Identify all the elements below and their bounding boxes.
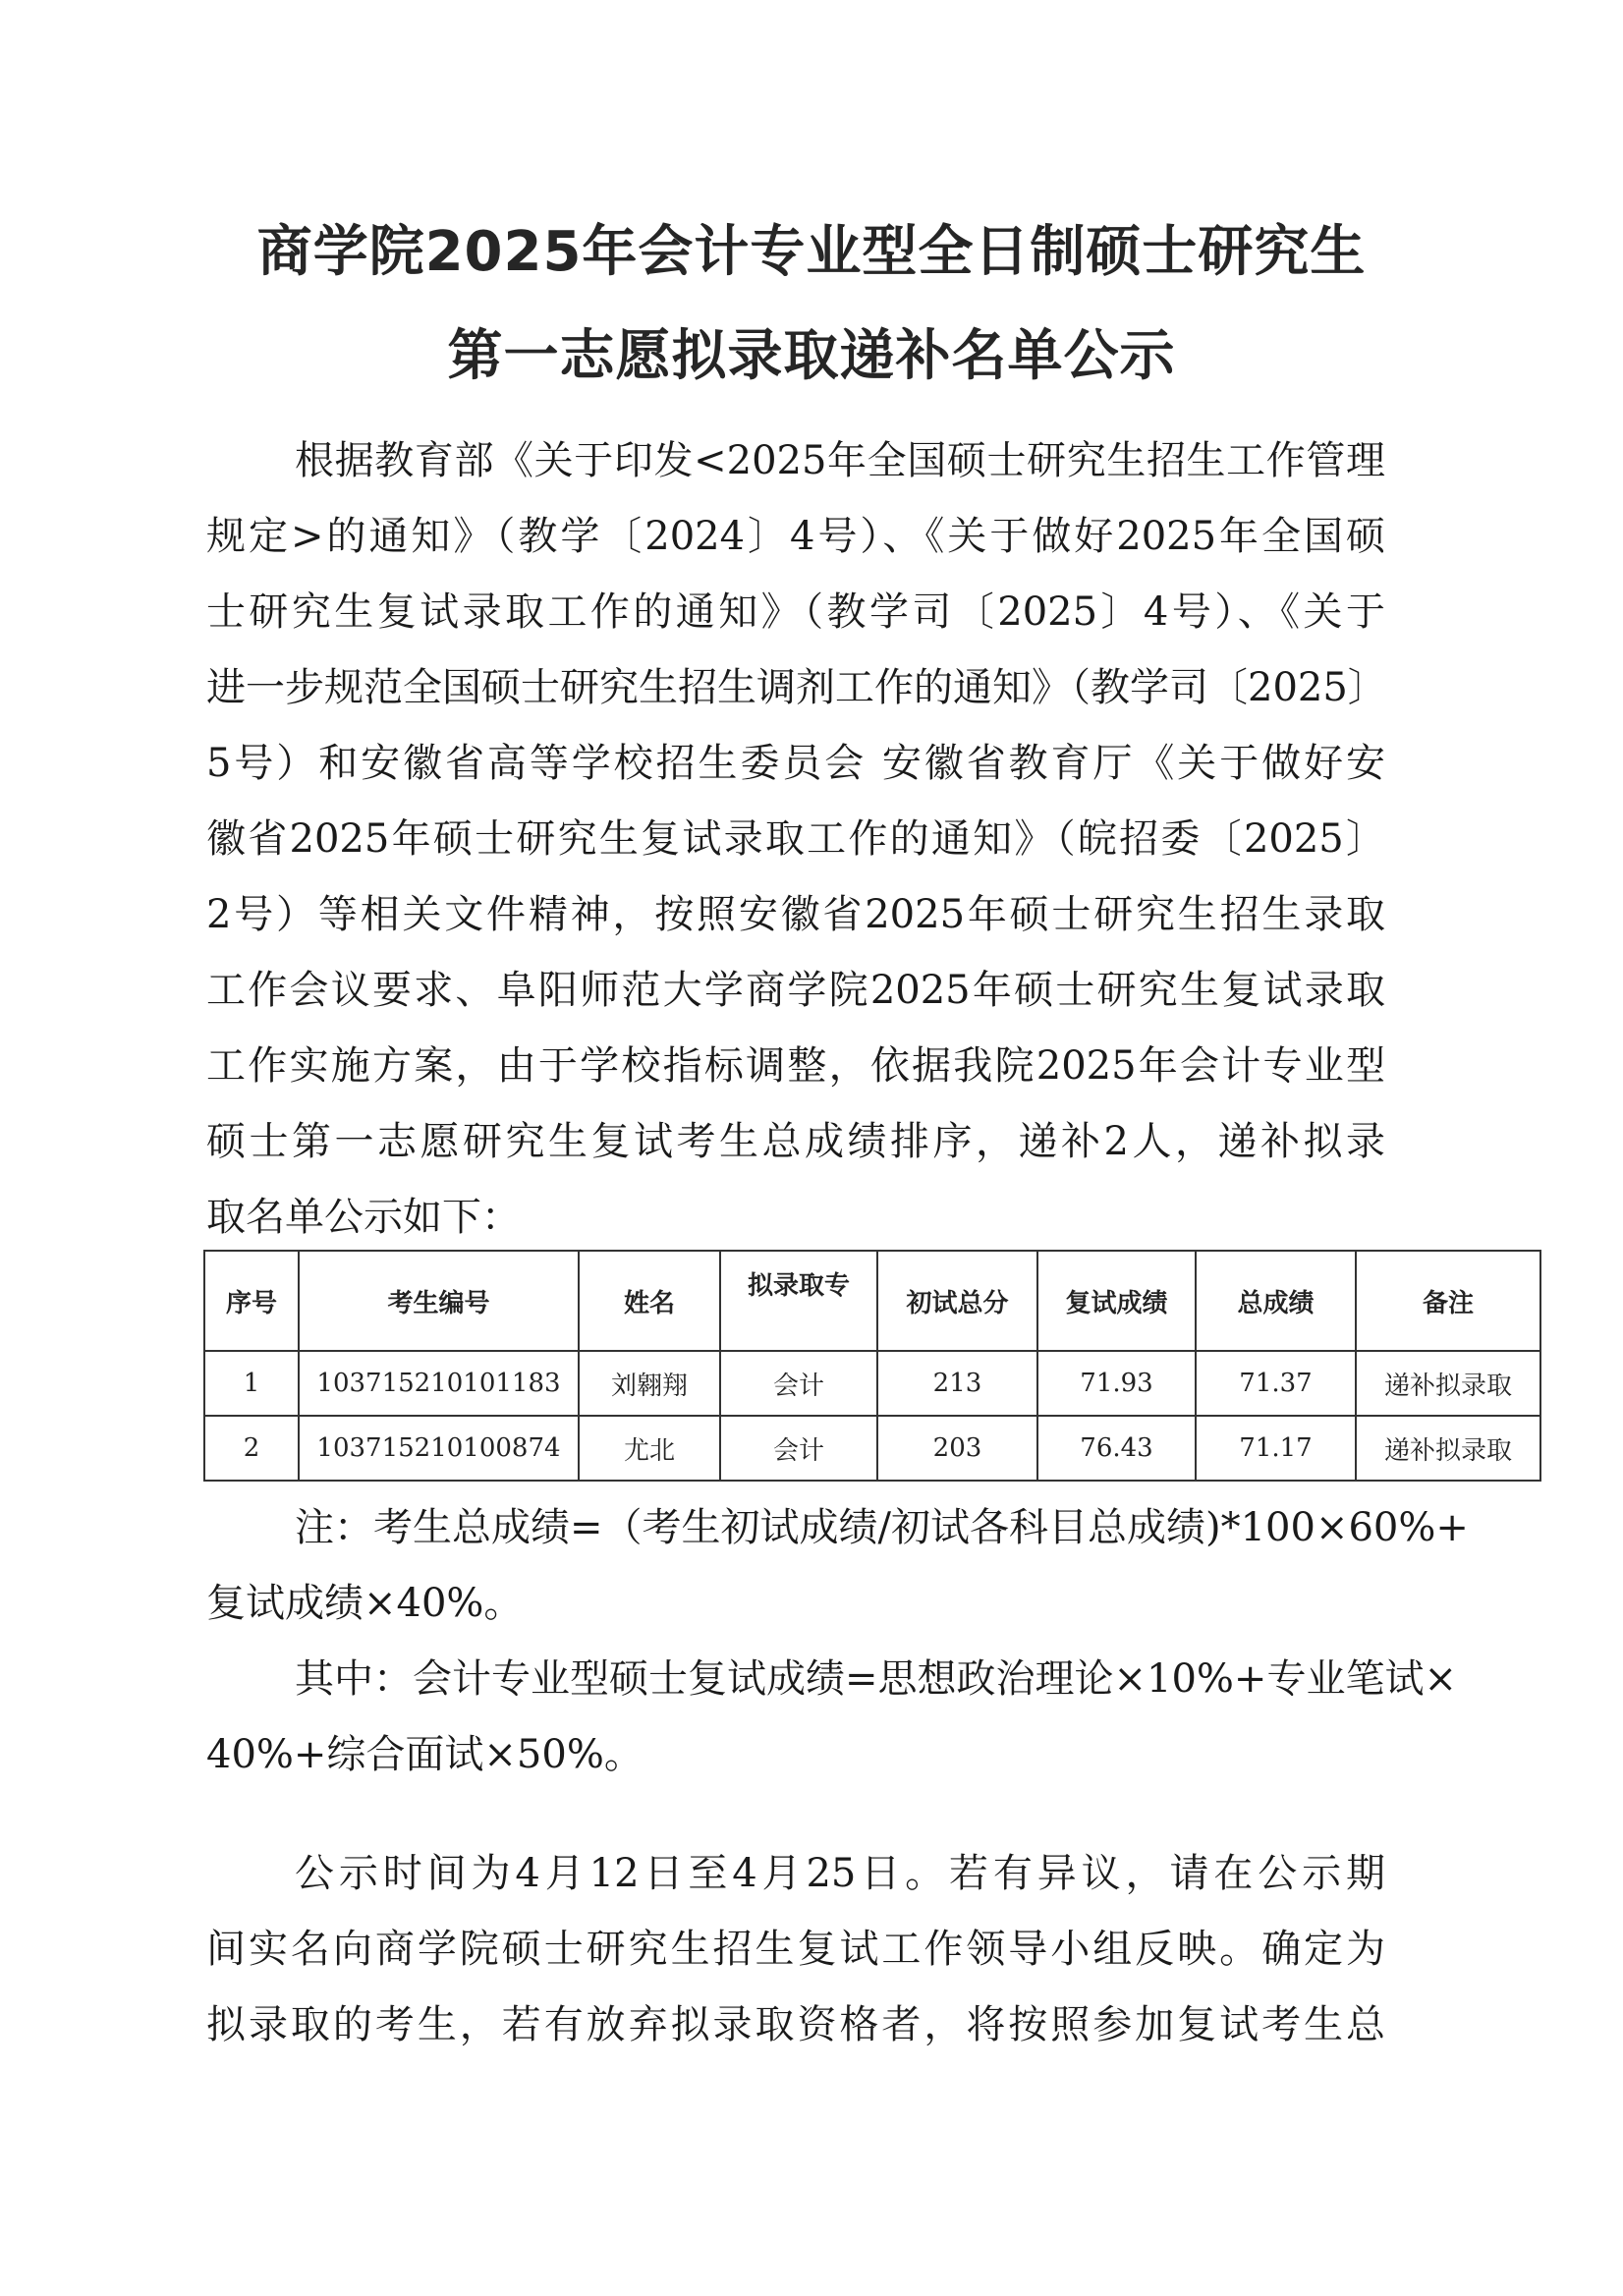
cell-remarks: 递补拟录取 bbox=[1356, 1351, 1540, 1416]
cell-total-score: 71.37 bbox=[1196, 1351, 1356, 1416]
column-header-remarks: 备注 bbox=[1356, 1251, 1540, 1351]
cell-retest-score: 76.43 bbox=[1037, 1416, 1196, 1481]
column-header-prelim-score: 初试总分 bbox=[877, 1251, 1037, 1351]
intro-line: 取名单公示如下： bbox=[206, 1193, 1385, 1242]
table-row: 2 103715210100874 尤北 会计 203 76.43 71.17 … bbox=[204, 1416, 1540, 1481]
notice-line: 公示时间为4月12日至4月25日。若有异议，请在公示期 bbox=[295, 1849, 1385, 1898]
column-header-major: 拟录取专 bbox=[720, 1251, 877, 1351]
column-header-total-score: 总成绩 bbox=[1196, 1251, 1356, 1351]
intro-line: 工作实施方案，由于学校指标调整，依据我院2025年会计专业型 bbox=[206, 1041, 1385, 1091]
cell-name: 刘翱翔 bbox=[579, 1351, 720, 1416]
document-title-line-1: 商学院2025年会计专业型全日制硕士研究生 bbox=[0, 208, 1623, 287]
admission-list-table: 序号 考生编号 姓名 拟录取专 初试总分 复试成绩 总成绩 备注 1 10371… bbox=[203, 1250, 1541, 1482]
cell-index: 2 bbox=[204, 1416, 299, 1481]
cell-major: 会计 bbox=[720, 1351, 877, 1416]
notice-line: 拟录取的考生，若有放弃拟录取资格者，将按照参加复试考生总 bbox=[206, 2000, 1385, 2049]
intro-line: 根据教育部《关于印发<2025年全国硕士研究生招生工作管理 bbox=[295, 436, 1385, 485]
note-line: 40%+综合面试×50%。 bbox=[206, 1730, 1385, 1779]
note-line: 注：考生总成绩=（考生初试成绩/初试各科目总成绩)*100×60%+ bbox=[295, 1503, 1385, 1552]
intro-line: 进一步规范全国硕士研究生招生调剂工作的通知》（教学司〔2025〕 bbox=[206, 663, 1385, 712]
cell-prelim-score: 203 bbox=[877, 1416, 1037, 1481]
column-header-name: 姓名 bbox=[579, 1251, 720, 1351]
intro-line: 士研究生复试录取工作的通知》（教学司〔2025〕4号）、《关于 bbox=[206, 588, 1385, 637]
intro-line: 规定>的通知》（教学〔2024〕4号）、《关于做好2025年全国硕 bbox=[206, 512, 1385, 561]
intro-line: 5号）和安徽省高等学校招生委员会 安徽省教育厅《关于做好安 bbox=[206, 739, 1385, 788]
column-header-index: 序号 bbox=[204, 1251, 299, 1351]
table-row: 1 103715210101183 刘翱翔 会计 213 71.93 71.37… bbox=[204, 1351, 1540, 1416]
cell-name: 尤北 bbox=[579, 1416, 720, 1481]
column-header-candidate-id: 考生编号 bbox=[299, 1251, 579, 1351]
cell-retest-score: 71.93 bbox=[1037, 1351, 1196, 1416]
notice-line: 间实名向商学院硕士研究生招生复试工作领导小组反映。确定为 bbox=[206, 1925, 1385, 1974]
column-header-retest-score: 复试成绩 bbox=[1037, 1251, 1196, 1351]
table-header-row: 序号 考生编号 姓名 拟录取专 初试总分 复试成绩 总成绩 备注 bbox=[204, 1251, 1540, 1351]
cell-major: 会计 bbox=[720, 1416, 877, 1481]
cell-remarks: 递补拟录取 bbox=[1356, 1416, 1540, 1481]
note-line: 其中：会计专业型硕士复试成绩=思想政治理论×10%+专业笔试× bbox=[295, 1654, 1385, 1704]
cell-candidate-id: 103715210101183 bbox=[299, 1351, 579, 1416]
cell-candidate-id: 103715210100874 bbox=[299, 1416, 579, 1481]
intro-line: 工作会议要求、阜阳师范大学商学院2025年硕士研究生复试录取 bbox=[206, 966, 1385, 1015]
cell-prelim-score: 213 bbox=[877, 1351, 1037, 1416]
note-line: 复试成绩×40%。 bbox=[206, 1579, 1385, 1628]
intro-line: 徽省2025年硕士研究生复试录取工作的通知》（皖招委〔2025〕 bbox=[206, 814, 1385, 864]
document-title-line-2: 第一志愿拟录取递补名单公示 bbox=[0, 312, 1623, 391]
cell-index: 1 bbox=[204, 1351, 299, 1416]
intro-line: 硕士第一志愿研究生复试考生总成绩排序，递补2人，递补拟录 bbox=[206, 1117, 1385, 1166]
cell-total-score: 71.17 bbox=[1196, 1416, 1356, 1481]
intro-line: 2号）等相关文件精神，按照安徽省2025年硕士研究生招生录取 bbox=[206, 890, 1385, 939]
